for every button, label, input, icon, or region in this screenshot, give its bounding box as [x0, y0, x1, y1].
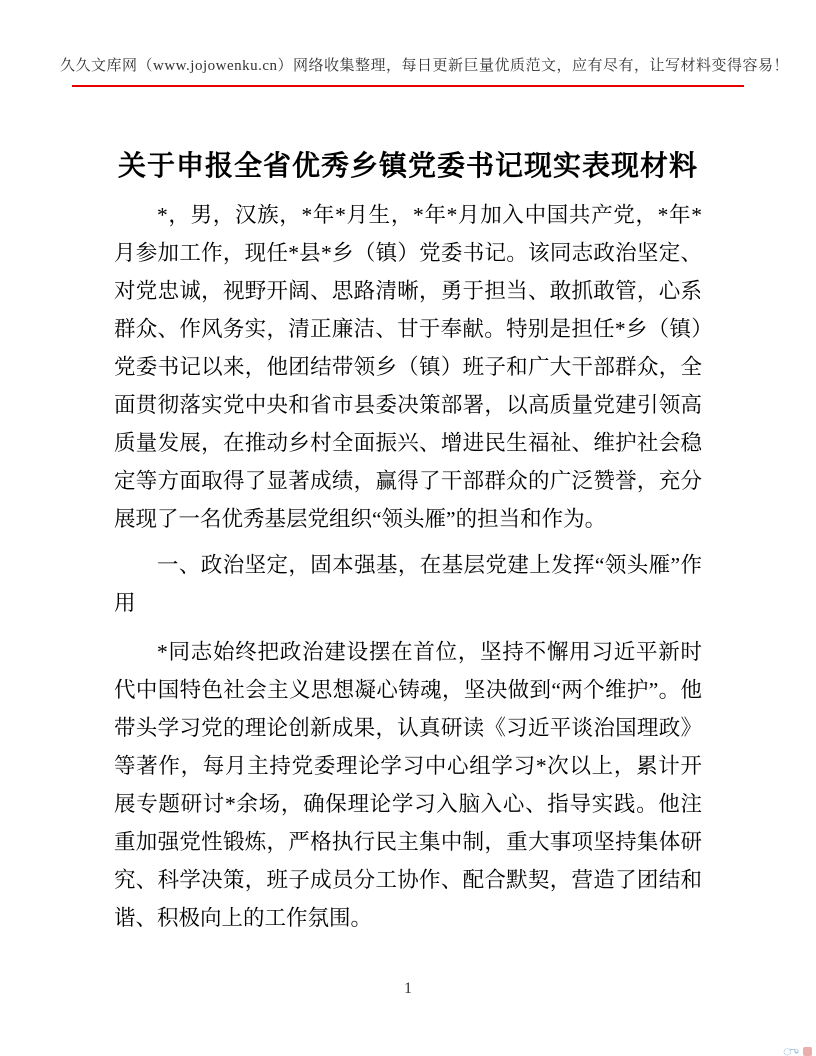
section-heading: 一、政治坚定，固本强基，在基层党建上发挥“领头雁”作用	[114, 546, 702, 622]
paragraph-section-one: *同志始终把政治建设摆在首位，坚持不懈用习近平新时代中国特色社会主义思想凝心铸魂…	[114, 633, 702, 937]
watermark-dot	[803, 1047, 812, 1056]
page-number: 1	[0, 980, 816, 998]
document-body: *，男，汉族，*年*月生，*年*月加入中国共产党，*年*月参加工作，现任*县*乡…	[114, 196, 702, 937]
document-title: 关于申报全省优秀乡镇党委书记现实表现材料	[0, 144, 816, 184]
document-page: 久久文库网（www.jojowenku.cn）网络收集整理，每日更新巨量优质范文…	[0, 0, 816, 1056]
site-header-text: 久久文库网（www.jojowenku.cn）网络收集整理，每日更新巨量优质范文…	[60, 54, 756, 75]
header-rule	[72, 85, 744, 87]
paragraph-intro: *，男，汉族，*年*月生，*年*月加入中国共产党，*年*月参加工作，现任*县*乡…	[114, 196, 702, 538]
watermark-fragment: ு	[782, 1043, 800, 1056]
corner-watermark: ு	[782, 1043, 812, 1056]
